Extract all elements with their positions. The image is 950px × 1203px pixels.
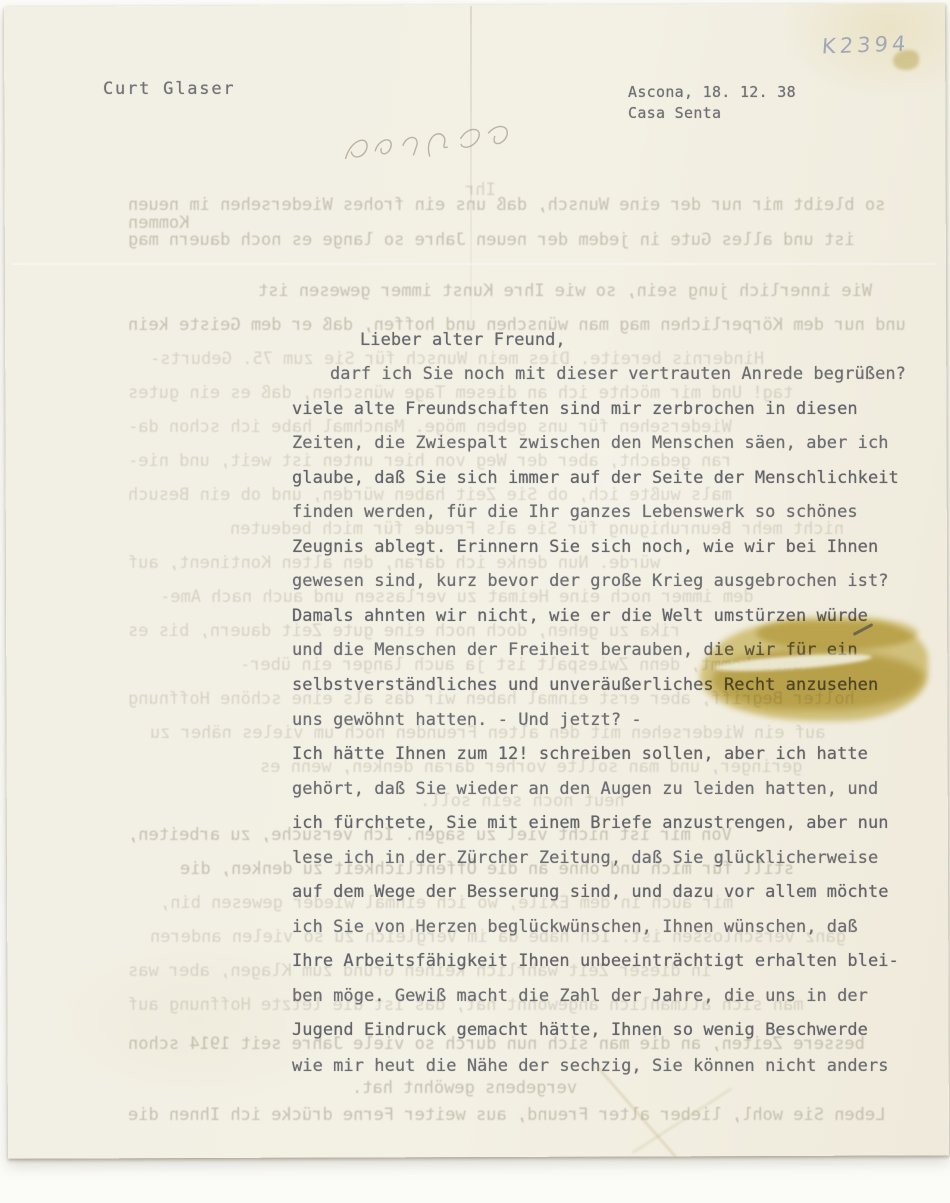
scanned-letter-page: { "catalog_annotation": "K2394", "header… — [0, 0, 950, 1203]
letter-paper — [4, 3, 949, 1158]
